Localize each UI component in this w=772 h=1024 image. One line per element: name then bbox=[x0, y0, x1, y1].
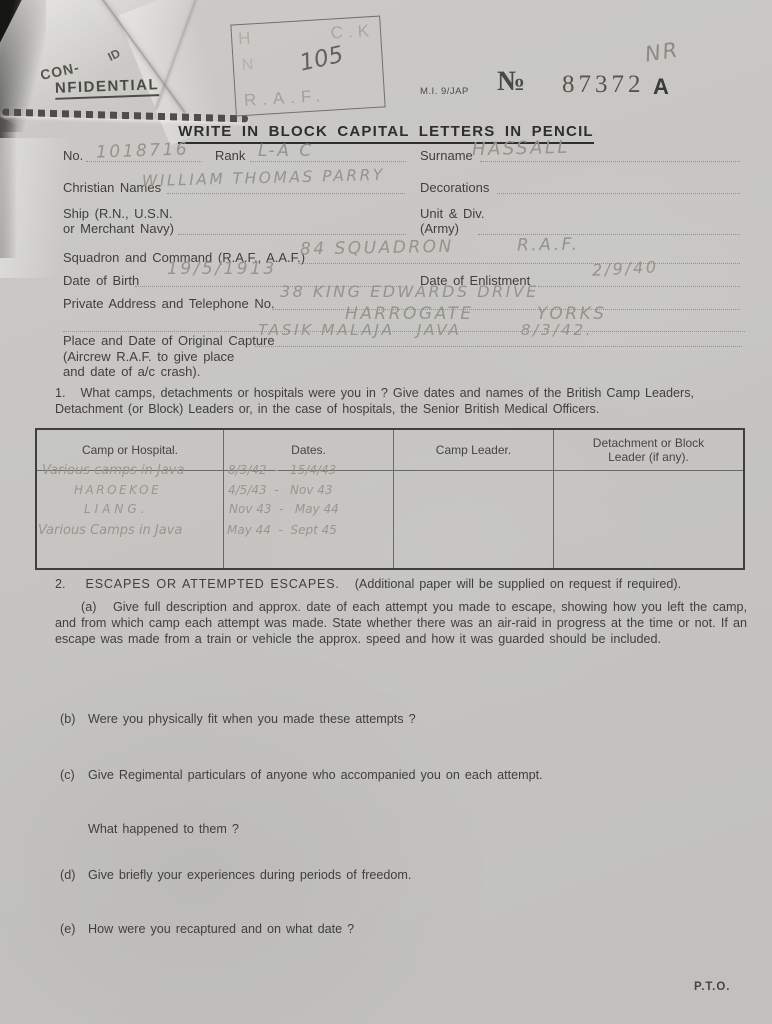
question-2b-text: Were you physically fit when you made th… bbox=[88, 712, 416, 726]
table-row-camp: LIANG. bbox=[84, 502, 149, 516]
camp-table-body-block-cell bbox=[554, 471, 743, 568]
table-row-dates: May 44 - Sept 45 bbox=[227, 523, 337, 537]
camp-table-header-block-line2: Leader (if any). bbox=[608, 450, 689, 464]
field-line-date-of-enlistment bbox=[538, 285, 740, 287]
field-label-capture-note1: (Aircrew R.A.F. to give place bbox=[63, 349, 234, 364]
table-row-dates: 4/5/43 - Nov 43 bbox=[228, 483, 333, 497]
field-label-address: Private Address and Telephone No. bbox=[63, 296, 275, 311]
table-row-camp: HAROEKOE bbox=[74, 483, 161, 497]
form-serial-suffix: A bbox=[653, 74, 669, 100]
table-row-camp: Various Camps in Java bbox=[38, 523, 182, 538]
question-2e-key: (e) bbox=[60, 922, 88, 936]
confidential-stamp: NFIDENTIAL bbox=[55, 76, 160, 100]
question-2b: (b) Were you physically fit when you mad… bbox=[60, 712, 720, 726]
pencil-annotation: NR bbox=[643, 37, 681, 66]
camp-table-header-block: Detachment or Block Leader (if any). bbox=[554, 430, 743, 470]
field-label-date-of-birth: Date of Birth bbox=[63, 273, 139, 288]
question-2c: (c) Give Regimental particulars of anyon… bbox=[60, 768, 720, 782]
scanned-pow-questionnaire-form: CON- ID NFIDENTIAL H C.K N 105 R.A.F. M.… bbox=[0, 0, 772, 1024]
field-label-ship-line1: Ship (R.N., U.S.N. bbox=[63, 206, 172, 221]
question-2-heading: 2. ESCAPES OR ATTEMPTED ESCAPES. (Additi… bbox=[55, 576, 755, 592]
camp-table-header-block-line1: Detachment or Block bbox=[593, 436, 704, 450]
table-row-dates: 8/3/42 - 15/4/43 bbox=[228, 463, 336, 477]
question-2-title: ESCAPES OR ATTEMPTED ESCAPES. bbox=[86, 577, 340, 591]
stamp-number-label: N bbox=[241, 56, 257, 75]
field-label-capture: Place and Date of Original Capture bbox=[63, 333, 275, 348]
field-label-capture-note2: and date of a/c crash). bbox=[63, 364, 200, 379]
question-1-number: 1. bbox=[55, 386, 66, 400]
field-line-surname bbox=[480, 160, 740, 162]
handwritten-christian-names: WILLIAM THOMAS PARRY bbox=[142, 166, 385, 190]
raf-rubber-stamp-box: H C.K N 105 R.A.F. bbox=[230, 16, 385, 117]
mi9-reference: M.I. 9/JAP bbox=[420, 86, 469, 97]
question-2d: (d) Give briefly your experiences during… bbox=[60, 868, 720, 882]
field-label-decorations: Decorations bbox=[420, 180, 489, 195]
question-2c-followup: What happened to them ? bbox=[88, 822, 708, 836]
question-2e-text: How were you recaptured and on what date… bbox=[88, 922, 354, 936]
stamp-raf-text: R.A.F. bbox=[243, 86, 326, 111]
field-label-ship-line2: or Merchant Navy) bbox=[63, 221, 174, 236]
stamp-handwritten-number: 105 bbox=[297, 42, 345, 77]
question-2b-key: (b) bbox=[60, 712, 88, 726]
camp-table-body-leader-cell bbox=[394, 471, 554, 568]
page-turn-over-label: P.T.O. bbox=[694, 981, 730, 993]
camp-table-header-leader: Camp Leader. bbox=[394, 430, 554, 470]
field-line-capture bbox=[255, 345, 742, 347]
field-label-unit-div-line1: Unit & Div. bbox=[420, 206, 484, 221]
question-2-note: (Additional paper will be supplied on re… bbox=[355, 577, 681, 591]
table-row-camp: Various camps in Java bbox=[42, 463, 184, 478]
field-label-surname: Surname bbox=[420, 148, 473, 163]
field-line-squadron bbox=[298, 262, 740, 264]
question-1: 1. What camps, detachments or hospitals … bbox=[55, 385, 747, 417]
field-label-unit-div-line2: (Army) bbox=[420, 221, 459, 236]
handwritten-date-of-birth: 19/5/1913 bbox=[167, 259, 277, 279]
field-line-christian-names bbox=[167, 192, 405, 194]
handwritten-squadron: 84 SQUADRON R.A.F. bbox=[300, 235, 580, 260]
table-row-dates: Nov 43 - May 44 bbox=[229, 502, 339, 516]
camp-table: Camp or Hospital. Dates. Camp Leader. De… bbox=[35, 428, 745, 570]
question-2c-text: Give Regimental particulars of anyone wh… bbox=[88, 768, 543, 782]
question-2e: (e) How were you recaptured and on what … bbox=[60, 922, 720, 936]
form-instruction-heading: WRITE IN BLOCK CAPITAL LETTERS IN PENCIL bbox=[0, 123, 772, 144]
question-2a-text: Give full description and approx. date o… bbox=[55, 600, 747, 646]
question-2d-key: (d) bbox=[60, 868, 88, 882]
question-1-text: What camps, detachments or hospitals wer… bbox=[55, 386, 694, 416]
field-line-ship bbox=[178, 233, 406, 235]
field-label-no: No. bbox=[63, 148, 83, 163]
question-2c-key: (c) bbox=[60, 768, 88, 782]
field-label-rank: Rank bbox=[215, 148, 245, 163]
question-2a-key: (a) bbox=[81, 600, 96, 614]
handwritten-capture-place-date: TASIK MALAJA JAVA 8/3/42. bbox=[258, 321, 593, 339]
question-2-number: 2. bbox=[55, 577, 66, 591]
handwritten-service-number: 1018716 bbox=[96, 139, 190, 162]
handwritten-surname: HASSALL bbox=[472, 137, 570, 161]
handwritten-rank: L-A C bbox=[258, 141, 314, 161]
stamp-faint-letter: H bbox=[238, 28, 255, 49]
handwritten-address-line1: 38 KING EDWARDS DRIVE bbox=[280, 282, 539, 301]
handwritten-date-of-enlistment: 2/9/40 bbox=[592, 257, 659, 279]
question-2d-text: Give briefly your experiences during per… bbox=[88, 868, 411, 882]
question-2c2-text: What happened to them ? bbox=[88, 822, 239, 836]
stamp-faint-letters: C.K bbox=[330, 21, 374, 44]
field-line-decorations bbox=[497, 192, 740, 194]
form-serial-number: 87372 bbox=[562, 71, 645, 99]
question-2a: (a) Give full description and approx. da… bbox=[55, 599, 747, 648]
number-symbol: № bbox=[497, 66, 525, 98]
